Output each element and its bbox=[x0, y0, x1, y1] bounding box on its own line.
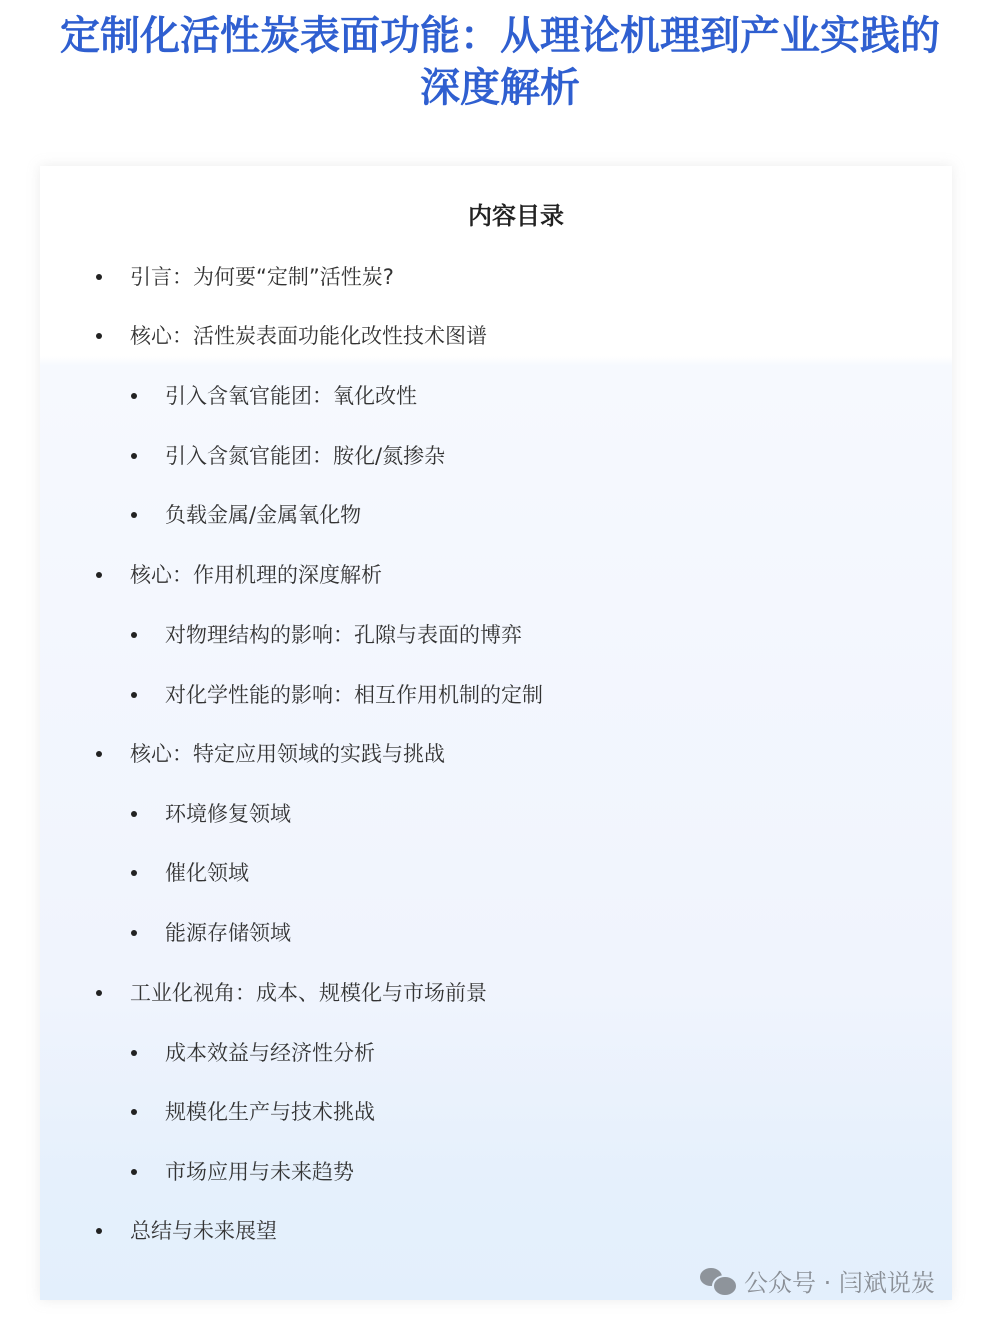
watermark-text: 公众号 · 闫斌说炭 bbox=[744, 1263, 935, 1298]
bullet-icon bbox=[131, 1109, 137, 1115]
bullet-icon bbox=[131, 453, 137, 459]
toc-subitem[interactable]: 对化学性能的影响：相互作用机制的定制 bbox=[165, 680, 543, 710]
bullet-icon bbox=[131, 870, 137, 876]
toc-item-label: 催化领域 bbox=[165, 861, 249, 885]
toc-subitem[interactable]: 能源存储领域 bbox=[165, 918, 291, 948]
toc-card: 内容目录 引言：为何要“定制”活性炭? 核心：活性炭表面功能化改性技术图谱 引入… bbox=[40, 166, 952, 1300]
toc-item-label: 规模化生产与技术挑战 bbox=[165, 1100, 375, 1124]
toc-subitem[interactable]: 对物理结构的影响：孔隙与表面的博弈 bbox=[165, 620, 522, 650]
toc-subitem[interactable]: 规模化生产与技术挑战 bbox=[165, 1097, 375, 1127]
toc-item[interactable]: 核心：特定应用领域的实践与挑战 bbox=[130, 739, 445, 769]
bullet-icon bbox=[131, 1169, 137, 1175]
toc-subitem[interactable]: 引入含氮官能团：胺化/氮掺杂 bbox=[165, 441, 445, 471]
bullet-icon bbox=[96, 274, 102, 280]
toc-subitem[interactable]: 市场应用与未来趋势 bbox=[165, 1157, 354, 1187]
toc-subitem[interactable]: 成本效益与经济性分析 bbox=[165, 1038, 375, 1068]
toc-item-label: 市场应用与未来趋势 bbox=[165, 1160, 354, 1184]
toc-subitem[interactable]: 负载金属/金属氧化物 bbox=[165, 500, 361, 530]
bullet-icon bbox=[96, 1228, 102, 1234]
toc-item-label: 总结与未来展望 bbox=[130, 1219, 277, 1243]
toc-item[interactable]: 工业化视角：成本、规模化与市场前景 bbox=[130, 978, 487, 1008]
toc-item-label: 工业化视角：成本、规模化与市场前景 bbox=[130, 981, 487, 1005]
bullet-icon bbox=[96, 572, 102, 578]
toc-item-label: 引入含氮官能团：胺化/氮掺杂 bbox=[165, 444, 445, 468]
bullet-icon bbox=[131, 930, 137, 936]
toc-item-label: 成本效益与经济性分析 bbox=[165, 1041, 375, 1065]
toc-item-label: 能源存储领域 bbox=[165, 921, 291, 945]
toc-item-label: 负载金属/金属氧化物 bbox=[165, 503, 361, 527]
bullet-icon bbox=[131, 632, 137, 638]
toc-item[interactable]: 引言：为何要“定制”活性炭? bbox=[130, 262, 394, 292]
wechat-icon bbox=[700, 1266, 736, 1296]
document-title: 定制化活性炭表面功能：从理论机理到产业实践的 深度解析 bbox=[0, 10, 1000, 114]
toc-subitem[interactable]: 引入含氧官能团：氧化改性 bbox=[165, 381, 417, 411]
toc-item-label: 对化学性能的影响：相互作用机制的定制 bbox=[165, 683, 543, 707]
toc-subitem[interactable]: 环境修复领域 bbox=[165, 799, 291, 829]
bullet-icon bbox=[131, 512, 137, 518]
bullet-icon bbox=[131, 1050, 137, 1056]
bullet-icon bbox=[96, 751, 102, 757]
toc-item-label: 引言：为何要“定制”活性炭? bbox=[130, 265, 394, 289]
title-line-1: 定制化活性炭表面功能：从理论机理到产业实践的 bbox=[0, 10, 1000, 62]
bullet-icon bbox=[131, 811, 137, 817]
toc-item-label: 核心：活性炭表面功能化改性技术图谱 bbox=[130, 324, 487, 348]
bullet-icon bbox=[96, 990, 102, 996]
toc-item-label: 引入含氧官能团：氧化改性 bbox=[165, 384, 417, 408]
toc-item-label: 核心：特定应用领域的实践与挑战 bbox=[130, 742, 445, 766]
toc-heading: 内容目录 bbox=[40, 196, 992, 231]
bullet-icon bbox=[131, 692, 137, 698]
bullet-icon bbox=[96, 333, 102, 339]
watermark: 公众号 · 闫斌说炭 bbox=[700, 1263, 935, 1298]
toc-item[interactable]: 核心：活性炭表面功能化改性技术图谱 bbox=[130, 321, 487, 351]
bullet-icon bbox=[131, 393, 137, 399]
toc-item[interactable]: 总结与未来展望 bbox=[130, 1216, 277, 1246]
toc-item-label: 环境修复领域 bbox=[165, 802, 291, 826]
title-line-2: 深度解析 bbox=[0, 62, 1000, 114]
toc-subitem[interactable]: 催化领域 bbox=[165, 858, 249, 888]
toc-item-label: 核心：作用机理的深度解析 bbox=[130, 563, 382, 587]
toc-item[interactable]: 核心：作用机理的深度解析 bbox=[130, 560, 382, 590]
toc-item-label: 对物理结构的影响：孔隙与表面的博弈 bbox=[165, 623, 522, 647]
